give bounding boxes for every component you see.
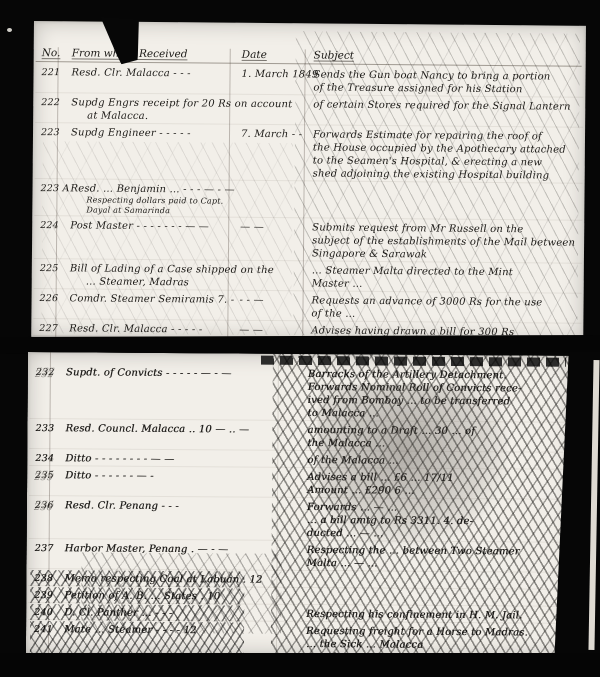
entry-from: Supdg Engineer - - - - -	[71, 126, 241, 179]
ledger-row: 236Resd. Clr. Penang - - -Forwards … — ……	[29, 499, 571, 543]
film-bottom-bar	[0, 653, 600, 677]
entry-number: 233	[35, 422, 65, 448]
entry-subject-line: Amount … £290 6 …	[307, 484, 571, 499]
header-from: From whom Received	[72, 47, 242, 60]
ledger-row: 234Ditto - - - - - - - - — —of the Malac…	[29, 452, 571, 470]
entry-subject-line: ducted … — …	[307, 527, 571, 542]
ledger-page-top: No. From whom Received Date Subject 221R…	[31, 21, 586, 342]
cut-off-scrawl-line	[261, 356, 566, 367]
entry-date	[234, 607, 306, 621]
entry-date	[240, 184, 312, 218]
film-speck	[7, 28, 12, 32]
entry-number: 221	[41, 66, 71, 92]
entry-subject: … Steamer Malta directed to the MintMast…	[312, 264, 582, 292]
ledger-row: 240D. Cl. Panther … - - -Respecting his …	[28, 606, 570, 624]
entry-from-line: D. Cl. Panther … - - -	[64, 606, 234, 620]
entry-subject: Advises a bill … £6 … 17/11Amount … £290…	[307, 471, 571, 499]
entry-from: Memo respecting Coal at Labuan . 12	[64, 572, 234, 586]
ledger-row: 223 AResd. … Benjamin … - - - — - —Respe…	[34, 182, 582, 221]
entry-from: Post Master - - - - - - - — —	[70, 219, 240, 259]
entry-from-line: Harbor Master, Penang . — - —	[65, 542, 235, 556]
entry-number: 226	[39, 292, 69, 318]
entry-from-line: Resd. Clr. Malacca - - -	[71, 66, 241, 80]
ledger-row: 237Harbor Master, Penang . — - —Respecti…	[28, 542, 570, 573]
entry-date	[235, 423, 307, 450]
entry-subject: of the Malacca …	[307, 454, 571, 469]
entry-date	[234, 590, 306, 604]
entry-subject: Respecting his confinement in H. M. Jail…	[306, 608, 570, 623]
entry-subject: Submits request from Mr Russell on thesu…	[312, 221, 582, 262]
entry-subject-line: Singapore & Sarawak	[312, 247, 582, 262]
entry-number: 240	[34, 606, 64, 619]
entry-from: Bill of Lading of a Case shipped on the……	[70, 262, 240, 289]
entry-from: Mate … Steamer - - - - 12	[64, 623, 234, 657]
entry-from-line: Supdt. of Convicts - - - - - — - —	[66, 366, 236, 380]
entry-subject	[312, 184, 582, 219]
entry-from: Resd. Clr. Malacca - - -	[71, 66, 241, 93]
entry-date: 7. March - -	[241, 128, 313, 181]
entry-from-line: Dayal at Samarinda	[70, 205, 240, 216]
entry-subject-line: shed adjoining the existing Hospital bui…	[313, 167, 583, 182]
ledger-page-bottom: 232Supdt. of Convicts - - - - - — - —Bar…	[26, 352, 574, 657]
entry-from-line: Post Master - - - - - - - — —	[70, 219, 240, 233]
entry-subject: of certain Stores required for the Signa…	[313, 98, 583, 126]
entry-date: — —	[240, 221, 312, 261]
entry-from: Supdg Engrs receipt for 20 Rs on account…	[71, 96, 241, 123]
entry-from-line: Ditto - - - - - - - - — —	[65, 452, 235, 466]
entry-date: 1. March 1849	[241, 68, 313, 95]
ledger-row: 233Resd. Councl. Malacca .. 10 — .. —amo…	[29, 422, 571, 453]
entry-number: 227	[39, 322, 69, 335]
entry-number: 223 A	[40, 182, 70, 215]
entry-subject: Barracks of the Artillery Detachment.For…	[308, 368, 572, 422]
entry-subject: Sends the Gun boat Nancy to bring a port…	[313, 68, 583, 96]
entry-subject-line: of the Malacca …	[307, 454, 571, 469]
entry-from-line: Ditto - - - - - - — -	[65, 469, 235, 483]
entry-subject	[306, 591, 570, 606]
entry-from: Resd. Clr. Malacca - - - - -	[69, 322, 239, 336]
entry-number: 234	[35, 452, 65, 465]
entry-from-line: Resd. Clr. Malacca - - - - -	[69, 322, 239, 336]
entry-subject-line: of the …	[311, 307, 581, 322]
entry-from: Petition of A. B. … States . 10	[64, 589, 234, 603]
entry-from-line: at Malacca.	[71, 109, 241, 123]
entry-from: Harbor Master, Penang . — - —	[64, 542, 234, 569]
entry-date	[234, 543, 306, 570]
entry-from: Resd. Councl. Malacca .. 10 — .. —	[65, 422, 235, 449]
entry-date	[235, 500, 307, 540]
entry-number: 239	[34, 589, 64, 602]
film-frame-divider	[0, 335, 600, 354]
entry-from: Resd. Clr. Penang - - -	[65, 499, 235, 539]
film-edge-highlight	[588, 360, 599, 650]
entry-from-line: Mate … Steamer - - - - 12	[64, 623, 234, 637]
entry-number: 222	[41, 96, 71, 122]
entry-number: 232	[36, 366, 66, 418]
entry-subject	[306, 574, 570, 589]
entry-date: - - —	[239, 294, 311, 321]
entry-date	[240, 264, 312, 291]
entry-subject: Forwards Estimate for repairing the roof…	[313, 128, 583, 182]
entry-number: 235	[35, 469, 65, 495]
entry-subject-line: Master …	[312, 277, 582, 292]
entry-from-line: Comdr. Steamer Semiramis 7. -	[70, 292, 240, 306]
entry-number: 237	[34, 542, 64, 568]
entry-subject-line: of certain Stores required for the Signa…	[313, 98, 583, 113]
entry-date	[236, 367, 308, 420]
entry-from: Ditto - - - - - - - - — —	[65, 452, 235, 466]
microfilm-frame: No. From whom Received Date Subject 221R…	[0, 0, 600, 677]
entry-date	[234, 624, 306, 656]
entries-bottom: 232Supdt. of Convicts - - - - - — - —Bar…	[28, 366, 572, 657]
ledger-row: 221Resd. Clr. Malacca - - -1. March 1849…	[35, 66, 583, 98]
entry-from-line: Resd. Clr. Penang - - -	[65, 499, 235, 513]
entry-from: Resd. … Benjamin … - - - — - —Respecting…	[70, 182, 240, 216]
entry-from-line: Supdg Engineer - - - - -	[71, 126, 241, 140]
entry-date	[235, 470, 307, 497]
entries-top: 221Resd. Clr. Malacca - - -1. March 1849…	[33, 66, 584, 342]
ledger-row: 232Supdt. of Convicts - - - - - — - —Bar…	[30, 366, 572, 423]
ledger-row: 238Memo respecting Coal at Labuan . 12	[28, 572, 570, 590]
entry-subject: Forwards … — …… a bill amtg to Rs 3311. …	[307, 501, 571, 542]
entry-subject: amounting to a Draft … 30 … ofthe Malacc…	[307, 424, 571, 452]
entry-from: Comdr. Steamer Semiramis 7. -	[69, 292, 239, 319]
entry-date	[241, 98, 313, 125]
ledger-row: 235Ditto - - - - - - — -Advises a bill ……	[29, 469, 571, 500]
entry-from-line: … Steamer, Madras	[70, 275, 240, 289]
entry-number: 223	[41, 126, 71, 178]
header-date: Date	[242, 49, 314, 62]
entry-from: D. Cl. Panther … - - -	[64, 606, 234, 620]
entry-number: 225	[40, 262, 70, 288]
entry-subject: Respecting the … between Two SteamerMalt…	[306, 544, 570, 572]
entry-number: 238	[34, 572, 64, 585]
entry-subject-line: Malta … — …	[306, 557, 570, 572]
ledger-row: 225Bill of Lading of a Case shipped on t…	[34, 262, 582, 294]
entry-from: Ditto - - - - - - — -	[65, 469, 235, 496]
entry-number: 224	[40, 219, 70, 258]
ledger-row: 223Supdg Engineer - - - - -7. March - -F…	[35, 126, 583, 184]
entry-subject-line: to Malacca …	[308, 407, 572, 422]
entry-subject: Requests an advance of 3000 Rs for the u…	[311, 294, 581, 322]
ledger-row: 239Petition of A. B. … States . 10	[28, 589, 570, 607]
entry-date	[235, 453, 307, 467]
entry-number: 241	[34, 623, 64, 657]
entry-subject-line: Respecting his confinement in H. M. Jail…	[306, 608, 570, 623]
entry-from-line: Petition of A. B. … States . 10	[64, 589, 234, 603]
entry-subject-line: of the Treasure assigned for his Station	[313, 81, 583, 96]
ledger-row: 222Supdg Engrs receipt for 20 Rs on acco…	[35, 96, 583, 128]
entry-from: Supdt. of Convicts - - - - - — - —	[66, 366, 236, 419]
entry-from-line: Memo respecting Coal at Labuan . 12	[64, 572, 234, 586]
entry-from-line: Resd. Councl. Malacca .. 10 — .. —	[65, 422, 235, 436]
ledger-row: 226Comdr. Steamer Semiramis 7. -- - —Req…	[33, 292, 581, 324]
ledger-row: 241Mate … Steamer - - - - 12Requesting f…	[28, 623, 570, 657]
header-subject: Subject	[314, 49, 582, 63]
entry-subject-line: the Malacca …	[307, 437, 571, 452]
entry-number: 236	[35, 499, 65, 538]
ledger-row: 224Post Master - - - - - - - — —— —Submi…	[34, 219, 582, 264]
